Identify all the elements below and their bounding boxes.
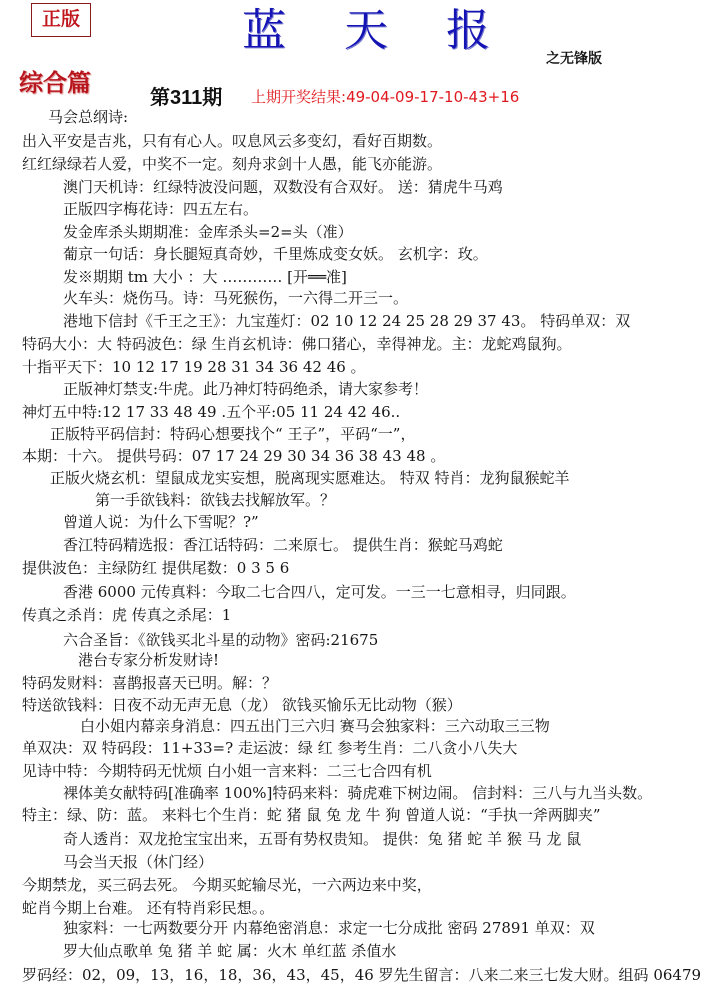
text-line: 特码大小：大 特码波色：绿 生肖玄机诗：佛口猪心，幸得神龙。主：龙蛇鸡鼠狗。 bbox=[22, 335, 572, 353]
text-line: 十指平天下：10 12 17 19 28 31 34 36 42 46 。 bbox=[22, 358, 366, 376]
text-line: 六合圣旨：《欲钱买北斗星的动物》密码:21675 bbox=[63, 631, 378, 649]
text-line: 蛇肖今期上台难。 还有特肖彩民想。。 bbox=[22, 899, 274, 917]
last-draw-numbers: 49-04-09-17-10-43+16 bbox=[346, 88, 519, 106]
text-line: 独家料：一七两数要分开 内幕绝密消息：求定一七分成批 密码 27891 单双：双 bbox=[63, 919, 595, 937]
text-line: 发※期期 tm 大小 ：大 ………… [开══准] bbox=[63, 268, 347, 286]
text-line: 裸体美女献特码[准确率 100%]特码来料：骑虎难下树边闹。 信封料：三八与九当… bbox=[63, 784, 652, 802]
authentic-badge: 正版 bbox=[31, 3, 91, 37]
text-line: 香港 6000 元传真料：今取二七合四八，定可发。一三一七意相寻，归同跟。 bbox=[63, 583, 576, 601]
text-line: 第一手欲钱料：欲钱去找解放军。？ bbox=[95, 491, 335, 509]
text-line: 白小姐内幕亲身消息：四五出门三六归 赛马会独家料：三六动取三三物 bbox=[80, 717, 550, 735]
edition-label: 之无锋版 bbox=[546, 48, 602, 68]
text-line: 特码发财料：喜鹊报喜天已明。解：？ bbox=[22, 674, 277, 692]
text-line: 传真之杀肖：虎 传真之杀尾：1 bbox=[22, 606, 231, 624]
text-line: 香江特码精选报：香江话特码：二来原七。 提供生肖：猴蛇马鸡蛇 bbox=[63, 536, 503, 554]
text-line: 提供波色：主绿防红 提供尾数：0 3 5 6 bbox=[22, 559, 289, 577]
text-line: 马会总纲诗: bbox=[48, 108, 128, 126]
text-line: 马会当天报（休门经） bbox=[63, 853, 213, 871]
last-draw-label: 上期开奖结果: bbox=[251, 88, 346, 106]
text-line: 特主：绿、防：蓝。 来料七个生肖：蛇 猪 鼠 兔 龙 牛 狗 曾道人说：“手执一… bbox=[22, 806, 601, 824]
text-line: 罗码经：02，09，13，16，18，36，43，45，46 罗先生留言：八来二… bbox=[22, 966, 702, 984]
text-line: 出入平安是吉兆，只有有心人。叹息风云多变幻，看好百期数。 bbox=[22, 132, 442, 150]
text-line: 罗大仙点歌单 兔 猪 羊 蛇 属：火木 单红蓝 杀值水 bbox=[63, 942, 396, 960]
text-line: 港台专家分析发财诗! bbox=[78, 651, 219, 669]
newspaper-title: 蓝 天 报 bbox=[242, 2, 512, 60]
text-line: 神灯五中特:12 17 33 48 49 .五个平:05 11 24 42 46… bbox=[22, 403, 400, 421]
text-line: 正版火烧玄机：望鼠成龙实妄想，脱离现实愿难达。 特双 特肖：龙狗鼠猴蛇羊 bbox=[50, 469, 570, 487]
text-line: 红红绿绿若人爱，中奖不一定。刻舟求剑十人愚，能飞亦能游。 bbox=[22, 155, 442, 173]
text-line: 正版四字梅花诗：四五左右。 bbox=[63, 200, 258, 218]
text-line: 今期禁龙，买三码去死。 今期买蛇输尽光，一六两边来中奖， bbox=[22, 876, 432, 894]
text-line: 火车头：烧伤马。诗：马死猴伤，一六得二开三一。 bbox=[63, 289, 408, 307]
text-line: 葡京一句话：身长腿短真奇妙，千里炼成变女妖。 玄机字：玫。 bbox=[63, 245, 488, 263]
text-line: 本期：十六。 提供号码：07 17 24 29 30 34 36 38 43 4… bbox=[22, 447, 445, 465]
text-line: 发金库杀头期期准：金库杀头=2=头（准） bbox=[63, 223, 353, 241]
text-line: 特送欲钱料：日夜不动无声无息（龙） 欲钱买愉乐无比动物（猴） bbox=[22, 696, 462, 714]
text-line: 正版神灯禁支:牛虎。此乃神灯特码绝杀，请大家参考！ bbox=[63, 380, 428, 398]
last-draw-result: 上期开奖结果:49-04-09-17-10-43+16 bbox=[251, 86, 519, 107]
text-line: 港地下信封《千王之王》：九宝莲灯：02 10 12 24 25 28 29 37… bbox=[63, 312, 630, 330]
text-line: 见诗中特：今期特码无忧烦 白小姐一言来料：二三七合四有机 bbox=[22, 762, 432, 780]
section-label: 综合篇 bbox=[19, 63, 91, 98]
issue-number: 第311期 bbox=[150, 81, 222, 110]
text-line: 正版特平码信封：特码心想要找个“ 王子”，平码“一”， bbox=[50, 425, 415, 443]
text-line: 曾道人说：为什么下雪呢？?” bbox=[63, 513, 259, 531]
text-line: 单双决：双 特码段：11+33=? 走运波：绿 红 参考生肖：二八贪小八失大 bbox=[22, 739, 517, 757]
text-line: 澳门天机诗：红绿特波没问题，双数没有合双好。 送：猜虎牛马鸡 bbox=[63, 178, 503, 196]
text-line: 奇人透肖：双龙抢宝宝出来，五哥有势权贵知。 提供：兔 猪 蛇 羊 猴 马 龙 鼠 bbox=[63, 830, 581, 848]
